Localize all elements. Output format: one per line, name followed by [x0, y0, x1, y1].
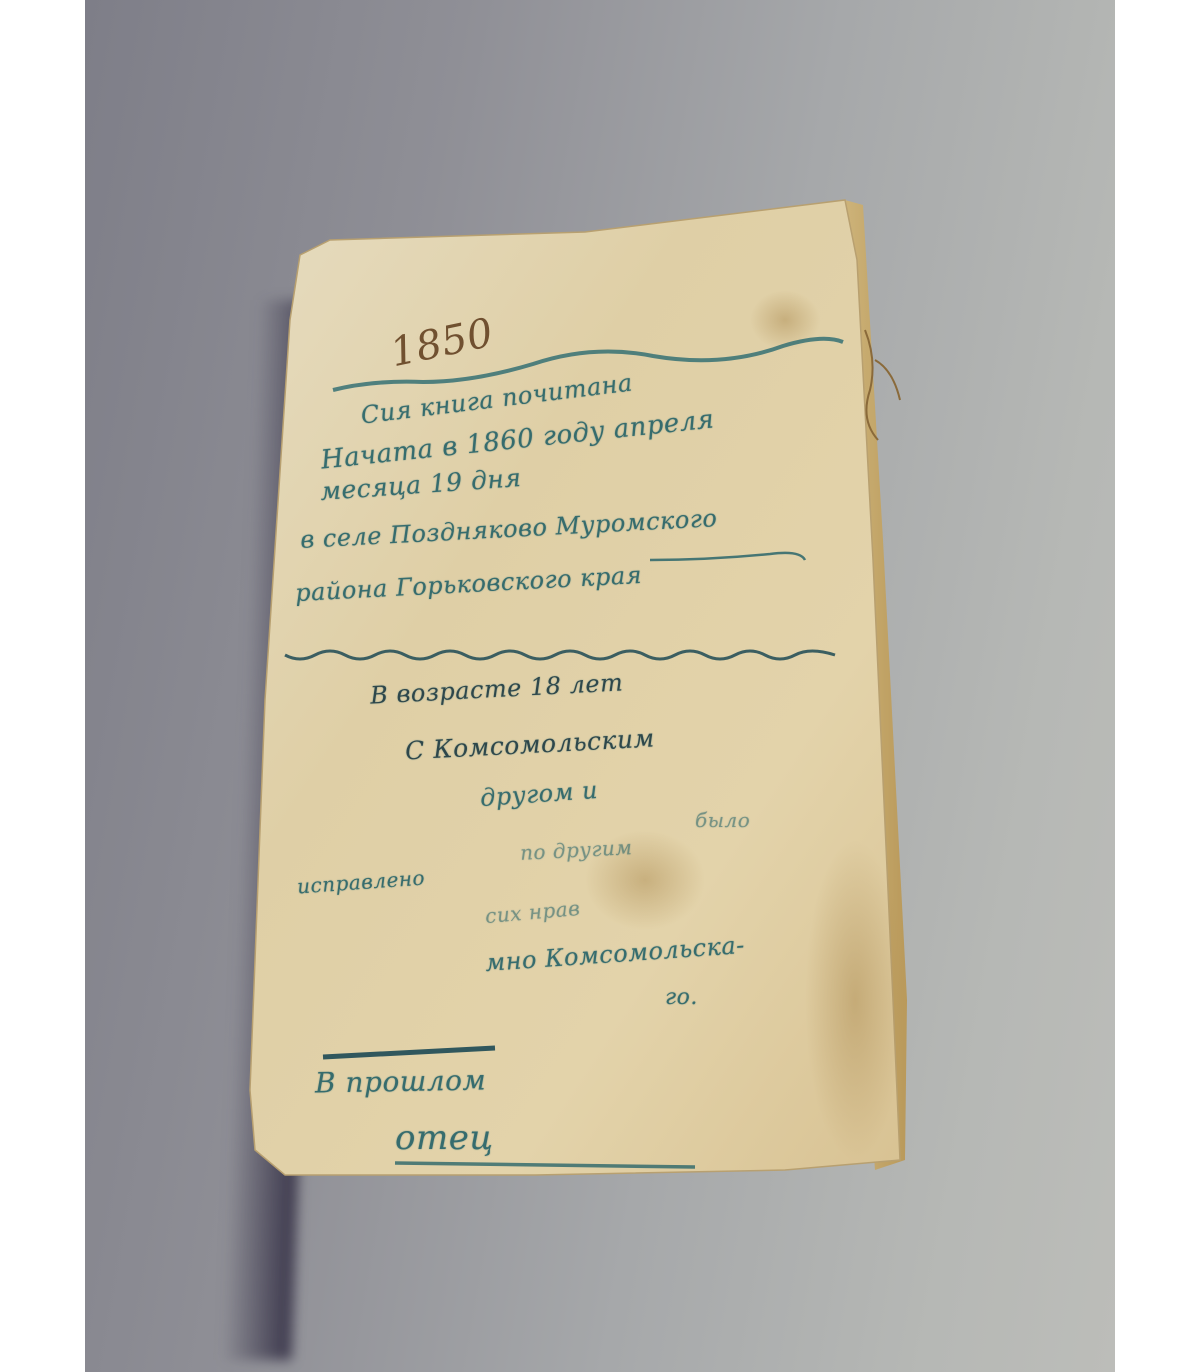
inscription-line-17: отец — [395, 1118, 494, 1158]
inscription-line-15: го. — [665, 985, 698, 1010]
photo-background: 1850 Сия книга почитана Начата в 1860 го… — [85, 0, 1115, 1372]
inscription-line-9: было — [695, 808, 750, 832]
inscription-line-16: В прошлом — [315, 1064, 487, 1100]
